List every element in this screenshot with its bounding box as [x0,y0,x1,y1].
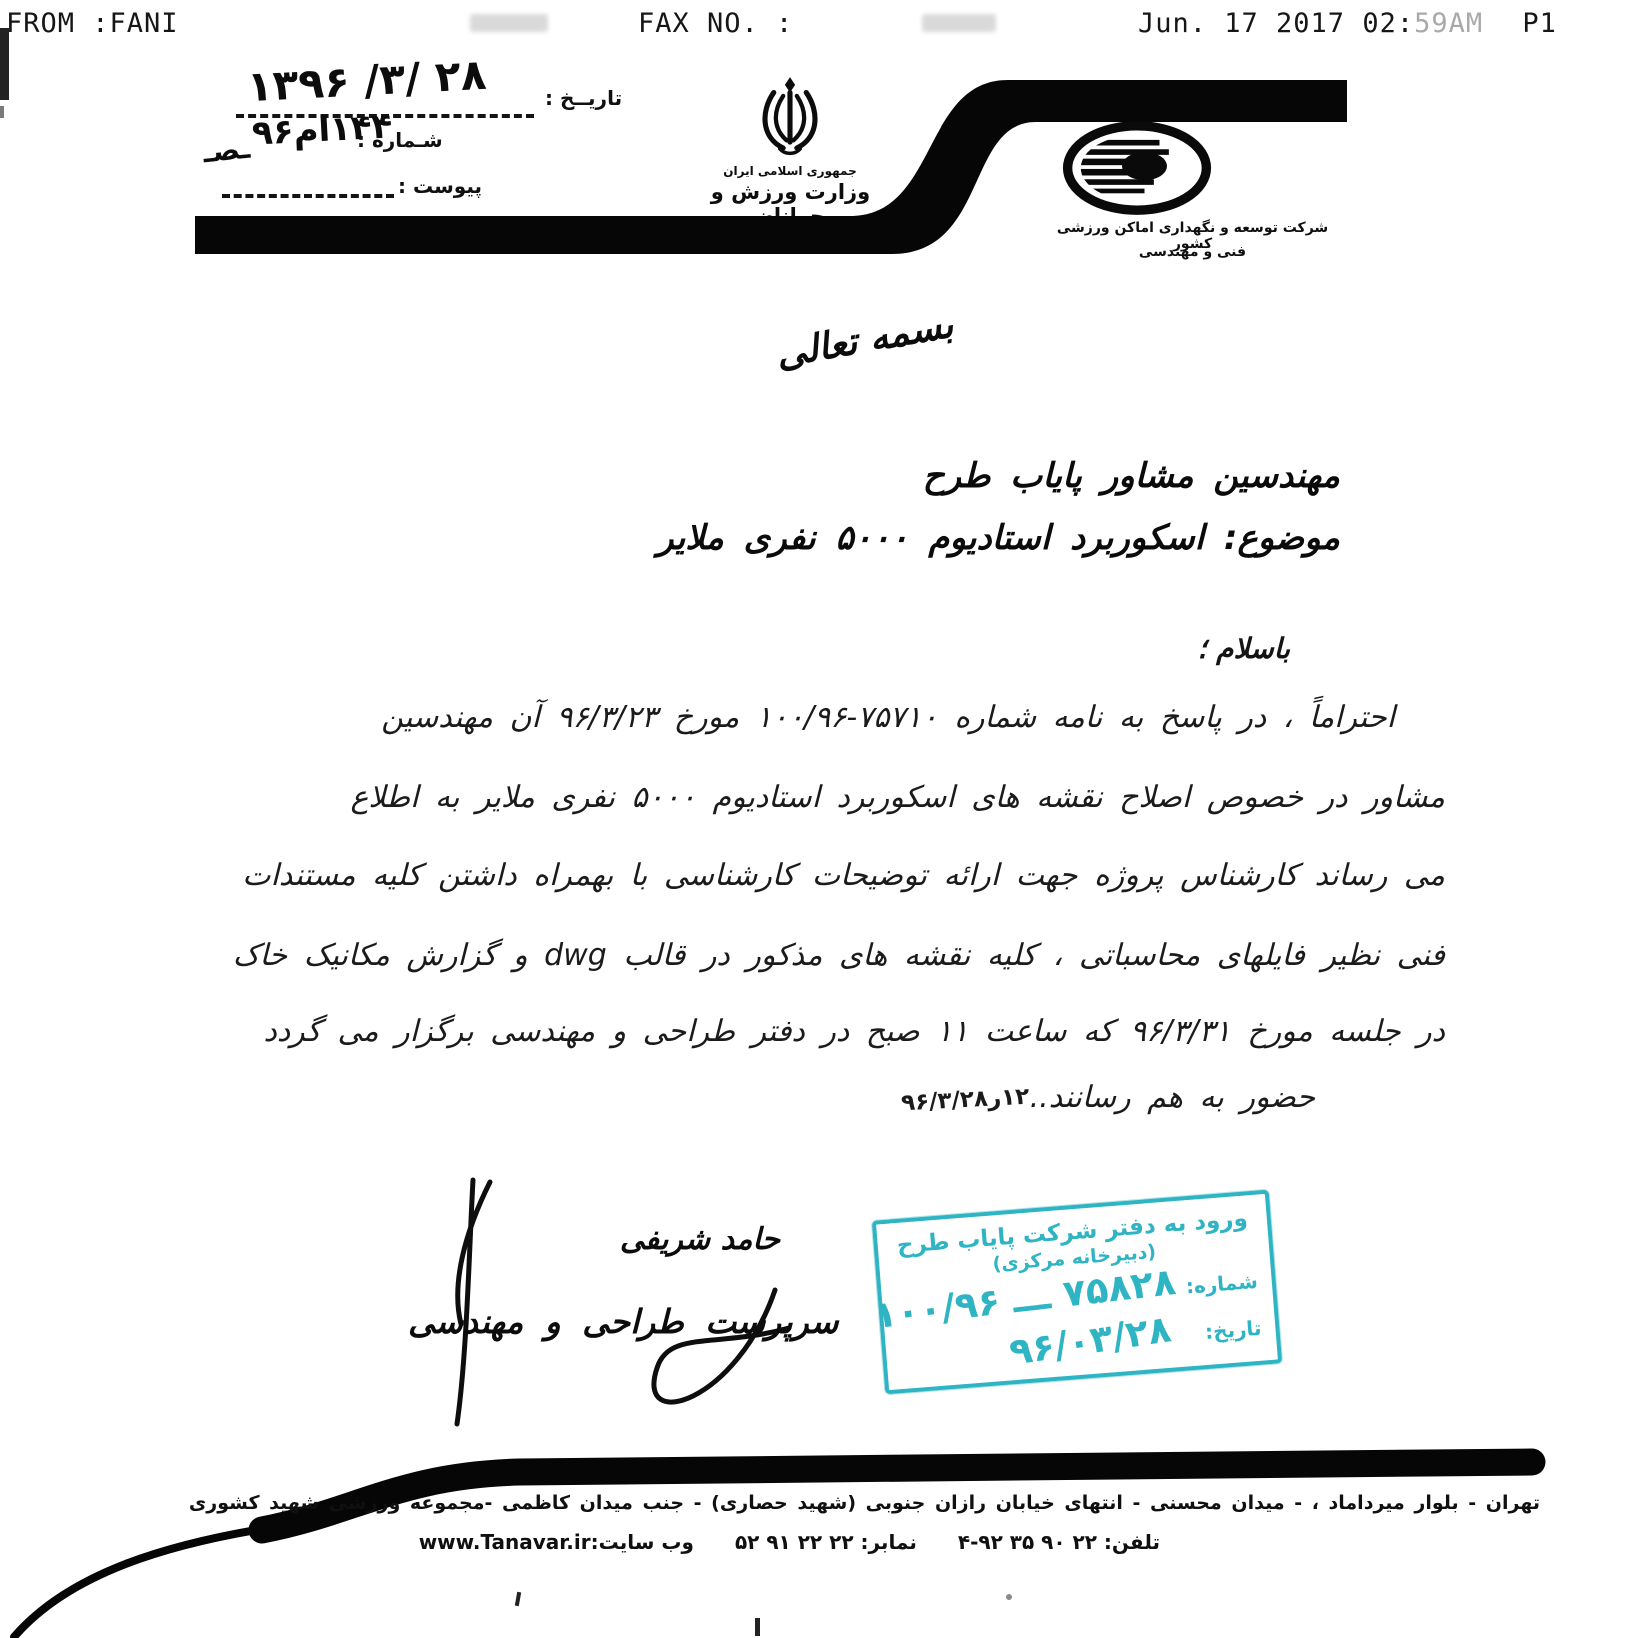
body-line: در جلسه مورخ ۹۶/۳/۳۱ که ساعت ۱۱ صبح در د… [263,1014,1445,1049]
stamp-number-label: شماره: [1185,1268,1259,1298]
body-line: فنی نظیر فایلهای محاسباتی ، کلیه نقشه ها… [233,938,1445,973]
body-line: مشاور در خصوص اصلاح نقشه های اسکوربرد اس… [350,780,1445,815]
body-line: می رساند کارشناس پروژه جهت ارائه توضیحات… [242,858,1445,893]
scan-artifact [0,28,9,100]
stamp-date-label: تاریخ: [1204,1315,1262,1343]
fax-datetime: Jun. 17 2017 02: [1138,8,1414,39]
receipt-stamp: ورود به دفتر شرکت پایاب طرح (دبیرخانه مر… [872,1190,1282,1395]
fax-page-number: P1 [1522,8,1557,39]
scan-artifact [0,106,4,118]
recipient-line: مهندسین مشاور پایاب طرح [923,456,1340,496]
scan-artifact [755,1618,760,1636]
fax-time-faded: 59AM [1414,8,1483,39]
scan-artifact [1006,1594,1012,1600]
subject-line: موضوع: اسکوربرد استادیوم ۵۰۰۰ نفری ملایر [657,518,1340,558]
fax-timestamp: Jun. 17 2017 02:59AM P1 [1138,8,1557,39]
footer-phone: تلفن: ۲۲ ۹۰ ۳۵ ۹۲-۴ [958,1530,1160,1554]
bismillah-calligraphy: بسمه تعالی [773,303,957,376]
company-logo-icon [1062,120,1212,216]
company-name-line2: فنی و مهندسی [1035,244,1350,260]
fax-document-page: FROM :FANI FAX NO. : Jun. 17 2017 02:59A… [0,0,1635,1638]
fax-from: FROM :FANI [6,8,179,39]
salutation: باسلام ؛ [1198,632,1290,665]
footer-website: وب سایت:www.Tanavar.ir [419,1530,694,1554]
fax-number-label: FAX NO. : [638,8,793,39]
body-closing-line: حضور به هم رسانند..۱۲ر۹۶/۳/۲۸ [895,1080,1315,1115]
handwritten-date-note: ۱۲ر۹۶/۳/۲۸ [901,1084,1031,1117]
fax-smudge [922,14,996,32]
footer-fax: نمابر: ۲۲ ۲۲ ۹۱ ۵۲ [735,1530,917,1554]
fax-smudge [470,14,548,32]
body-line: احتراماً ، در پاسخ به نامه شماره ۷۵۷۱۰-۱… [381,700,1395,735]
signatory-title: سرپرست طراحی و مهندسی [408,1302,839,1341]
footer-contacts: تلفن: ۲۲ ۹۰ ۳۵ ۹۲-۴ نمابر: ۲۲ ۲۲ ۹۱ ۵۲ و… [460,1530,1160,1554]
footer-address: تهران - بلوار میرداماد ، - میدان محسنی -… [400,1492,1540,1514]
body-line: حضور به هم رسانند.. [1030,1080,1315,1115]
signatory-name: حامد شریفی [600,1222,800,1257]
